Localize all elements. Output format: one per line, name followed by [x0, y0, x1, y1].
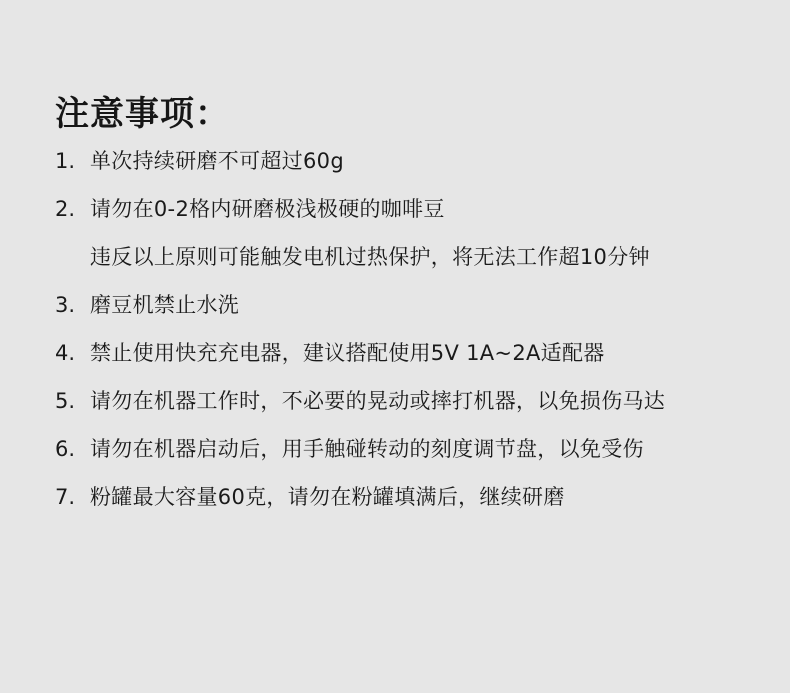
item-number: 4.	[55, 338, 90, 368]
item-number: 6.	[55, 434, 90, 464]
notice-list: 1. 单次持续研磨不可超过60g 2. 请勿在0-2格内研磨极浅极硬的咖啡豆 违…	[55, 146, 775, 512]
list-item: 1. 单次持续研磨不可超过60g	[55, 146, 775, 176]
item-number: 1.	[55, 146, 90, 176]
list-item: 2. 请勿在0-2格内研磨极浅极硬的咖啡豆	[55, 194, 775, 224]
item-number: 7.	[55, 482, 90, 512]
notice-title: 注意事项：	[55, 92, 775, 136]
notice-section: 注意事项： 1. 单次持续研磨不可超过60g 2. 请勿在0-2格内研磨极浅极硬…	[55, 92, 775, 530]
list-item: 3. 磨豆机禁止水洗	[55, 290, 775, 320]
item-text: 磨豆机禁止水洗	[90, 290, 239, 320]
item-number: 3.	[55, 290, 90, 320]
item-text: 禁止使用快充充电器，建议搭配使用5V 1A~2A适配器	[90, 338, 605, 368]
item-text: 粉罐最大容量60克，请勿在粉罐填满后，继续研磨	[90, 482, 565, 512]
item-text: 请勿在机器工作时，不必要的晃动或摔打机器，以免损伤马达	[90, 386, 665, 416]
item-text: 请勿在机器启动后，用手触碰转动的刻度调节盘，以免受伤	[90, 434, 644, 464]
item-text: 单次持续研磨不可超过60g	[90, 146, 344, 176]
list-item: 6. 请勿在机器启动后，用手触碰转动的刻度调节盘，以免受伤	[55, 434, 775, 464]
list-item-continuation: 违反以上原则可能触发电机过热保护，将无法工作超10分钟	[55, 242, 775, 272]
list-item: 4. 禁止使用快充充电器，建议搭配使用5V 1A~2A适配器	[55, 338, 775, 368]
list-item: 5. 请勿在机器工作时，不必要的晃动或摔打机器，以免损伤马达	[55, 386, 775, 416]
item-text: 请勿在0-2格内研磨极浅极硬的咖啡豆	[90, 194, 445, 224]
list-item: 7. 粉罐最大容量60克，请勿在粉罐填满后，继续研磨	[55, 482, 775, 512]
item-number: 2.	[55, 194, 90, 224]
item-number: 5.	[55, 386, 90, 416]
